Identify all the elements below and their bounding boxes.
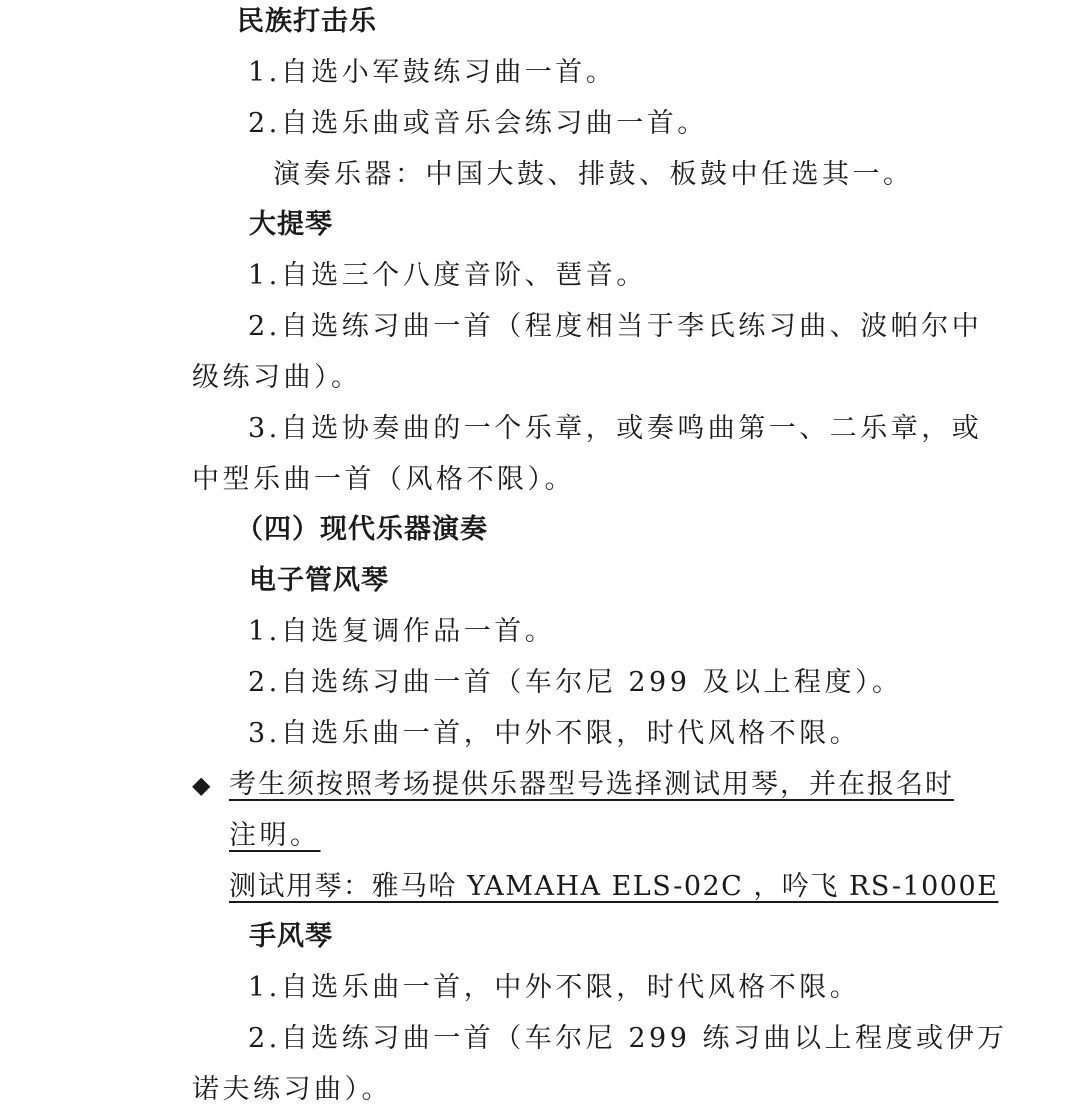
- notice-line: 考生须按照考场提供乐器型号选择测试用琴，并在报名时: [229, 767, 954, 803]
- diamond-bullet-icon: ◆: [192, 767, 210, 803]
- section-title-modern-instruments: （四）现代乐器演奏: [236, 512, 488, 548]
- list-item: 3.自选协奏曲的一个乐章，或奏鸣曲第一、二乐章，或: [248, 411, 982, 447]
- list-item: 1.自选三个八度音阶、琶音。: [248, 258, 647, 294]
- section-title-ethnic-percussion: 民族打击乐: [237, 4, 377, 40]
- notice-line: 注明。: [229, 818, 321, 854]
- list-item-continuation: 中型乐曲一首（风格不限）。: [192, 462, 575, 498]
- section-title-accordion: 手风琴: [249, 919, 333, 955]
- list-item: 3.自选乐曲一首，中外不限，时代风格不限。: [248, 716, 860, 752]
- list-item: 1.自选复调作品一首。: [248, 614, 555, 650]
- list-item: 1.自选小军鼓练习曲一首。: [248, 55, 616, 91]
- list-item: 1.自选乐曲一首，中外不限，时代风格不限。: [248, 970, 860, 1006]
- list-item: 2.自选练习曲一首（车尔尼 299 练习曲以上程度或伊万: [248, 1021, 1007, 1057]
- test-instrument-line: 测试用琴：雅马哈 YAMAHA ELS-02C ，吟飞 RS-1000E: [229, 869, 998, 905]
- section-title-double-bass: 大提琴: [249, 207, 333, 243]
- instrument-note: 演奏乐器：中国大鼓、排鼓、板鼓中任选其一。: [273, 157, 914, 193]
- list-item: 2.自选乐曲或音乐会练习曲一首。: [248, 106, 708, 142]
- list-item-continuation: 诺夫练习曲）。: [192, 1072, 392, 1105]
- list-item-continuation: 级练习曲）。: [192, 360, 362, 396]
- list-item: 2.自选练习曲一首（程度相当于李氏练习曲、波帕尔中: [248, 309, 982, 345]
- section-title-electronic-organ: 电子管风琴: [249, 563, 389, 599]
- list-item: 2.自选练习曲一首（车尔尼 299 及以上程度）。: [248, 665, 902, 701]
